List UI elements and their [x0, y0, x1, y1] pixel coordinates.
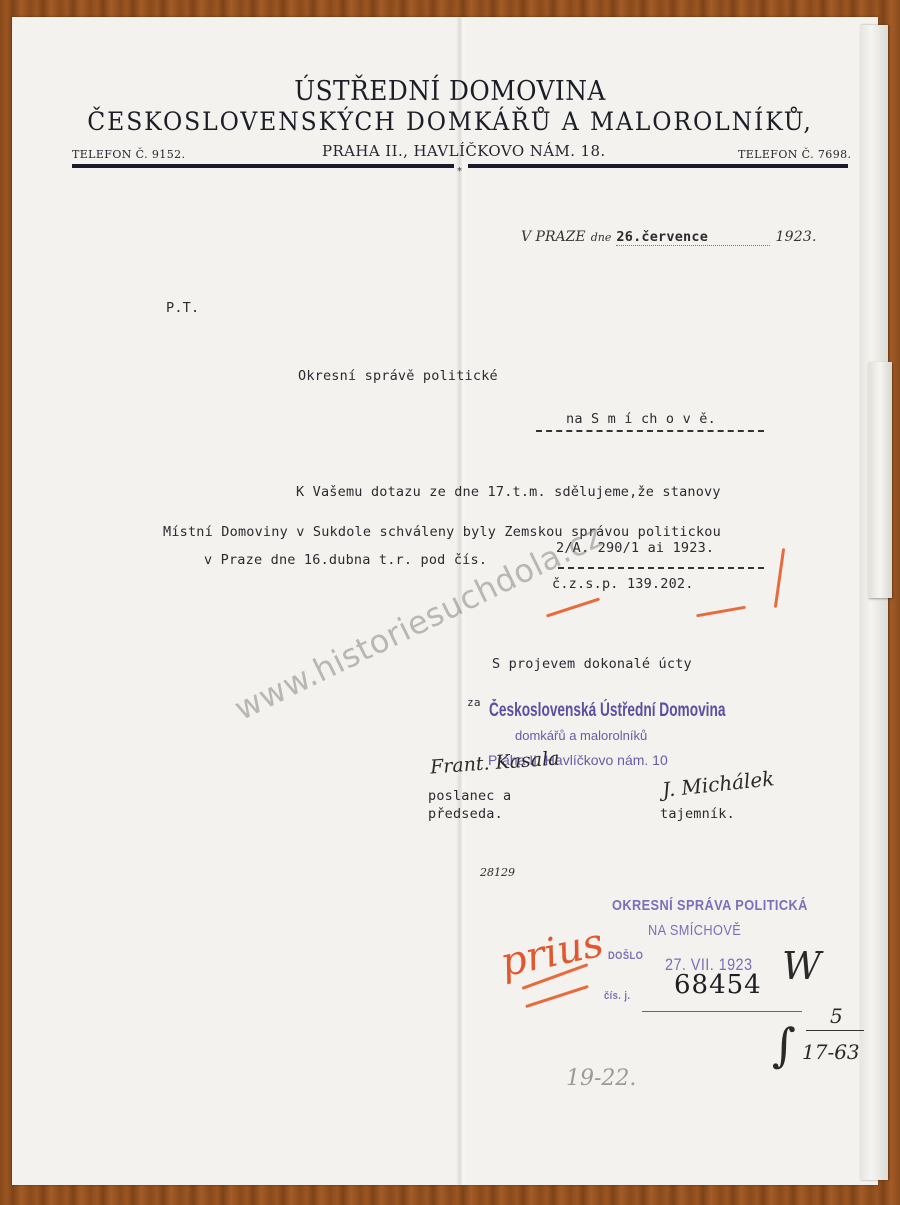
- handwritten-fraction-bottom: 17-63: [802, 1040, 860, 1064]
- letterhead-title-line2: ČESKOSLOVENSKÝCH DOMKÁŘŮ A MALOROLNÍKŮ,: [27, 107, 873, 136]
- dateline-day-month: 26.července: [616, 229, 770, 246]
- pencil-bottom-annotation: 19-22.: [566, 1066, 636, 1091]
- closing-za: za: [467, 696, 481, 709]
- letterhead-title-line1: ÚSTŘEDNÍ DOMOVINA: [36, 76, 864, 107]
- left-signatory-title2: předseda.: [428, 806, 503, 822]
- body-line1: K Vašemu dotazu ze dne 17.t.m. sdělujeme…: [296, 484, 721, 500]
- handwritten-fraction-top: 5: [830, 1004, 843, 1028]
- dateline-year: 1923.: [776, 229, 817, 245]
- receipt-stamp-cis-label: čís. j.: [604, 990, 630, 1002]
- letterhead-address: PRAHA II., HAVLÍČKOVO NÁM. 18.: [322, 142, 606, 160]
- receipt-stamp-number: 68454: [674, 970, 762, 1000]
- receipt-stamp-line2: NA SMÍCHOVĚ: [648, 922, 741, 939]
- recipient-underline: [536, 430, 764, 432]
- body-ref-below: č.z.s.p. 139.202.: [552, 576, 694, 592]
- body-line3: v Praze dne 16.dubna t.r. pod čís.: [204, 552, 487, 568]
- salutation: P.T.: [166, 300, 199, 316]
- letterhead-telefon-right: TELEFON Č. 7698.: [738, 148, 851, 161]
- receipt-stamp-doslo-label: DOŠLO: [608, 950, 643, 962]
- left-signatory-title1: poslanec a: [428, 788, 511, 804]
- right-signatory-title: tajemník.: [660, 806, 735, 822]
- paper-folded-edge: [860, 25, 888, 1180]
- paper-tab-strip: [868, 362, 892, 598]
- letterhead-rule-left: [72, 164, 454, 168]
- closing-line: S projevem dokonalé úcty: [492, 656, 692, 672]
- receipt-stamp-underline: [642, 1011, 802, 1012]
- pencil-reference-number: 28129: [480, 866, 515, 879]
- handwritten-initial: W: [782, 944, 821, 988]
- handwritten-fraction-bar: [806, 1030, 864, 1031]
- letterhead-rule-right: [468, 164, 848, 168]
- body-line2: Místní Domoviny v Sukdole schváleny byly…: [163, 524, 721, 540]
- letterhead-telefon-left: TELEFON Č. 9152.: [72, 148, 185, 161]
- recipient-line2: na S m í ch o v ě.: [566, 411, 716, 427]
- dateline-dne: dne: [591, 231, 612, 244]
- receipt-stamp-line1: OKRESNÍ SPRÁVA POLITICKÁ: [612, 897, 808, 914]
- dateline-prefix: V PRAZE: [521, 229, 586, 245]
- org-stamp-line2: domkářů a malorolníků: [515, 728, 647, 743]
- letterhead-ornament: *: [457, 166, 462, 177]
- dateline: V PRAZE dne 26.července 1923.: [521, 226, 817, 246]
- org-stamp-line1: Československá Ústřední Domovina: [489, 700, 725, 722]
- handwritten-section-sign: ∫: [772, 1018, 796, 1072]
- recipient-line1: Okresní správě politické: [298, 368, 498, 384]
- body-ref-divider: [558, 567, 764, 569]
